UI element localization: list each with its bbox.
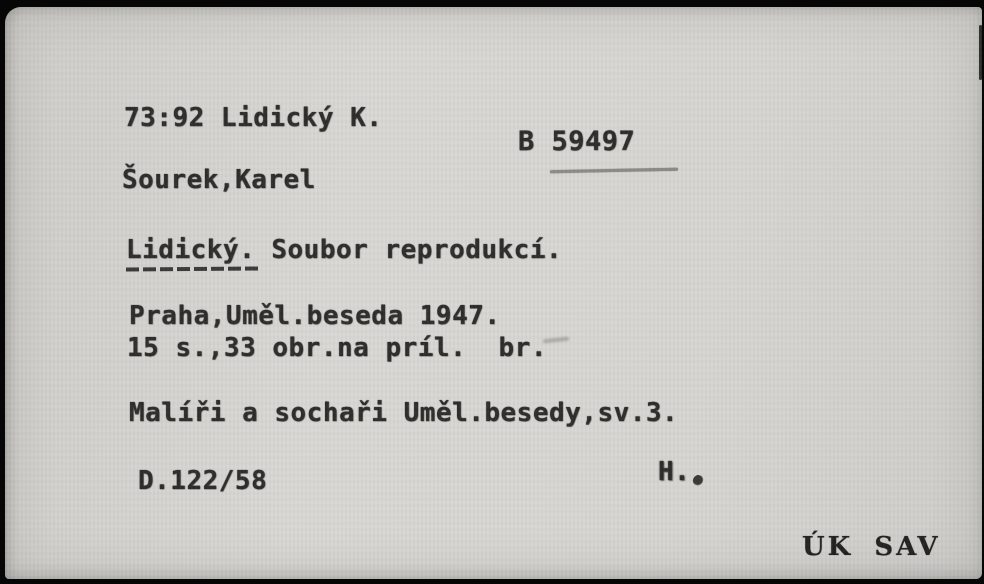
catalog-card-paper: 73:92 Lidický K. B 59497 Šourek,Karel Li…: [5, 7, 982, 579]
series-note-line: Malíři a sochaři Uměl.besedy,sv.3.: [129, 398, 678, 428]
library-stamp: ÚK SAV: [802, 532, 941, 562]
ink-blot: [691, 474, 704, 488]
letter-mark: H.: [658, 457, 690, 487]
scan-edge-artifact: [979, 25, 982, 80]
imprint-line: Praha,Uměl.beseda 1947.: [129, 301, 501, 331]
title-line: Lidický. Soubor reprodukcí.: [126, 235, 562, 265]
call-number: 73:92 Lidický K.: [124, 103, 382, 133]
record-number: D.122/58: [138, 466, 267, 496]
scanned-catalog-card: 73:92 Lidický K. B 59497 Šourek,Karel Li…: [0, 0, 984, 584]
accession-number-underline: [550, 168, 678, 174]
title-dashed-underline: [126, 267, 258, 272]
accession-number: B 59497: [518, 126, 635, 157]
collation-line: 15 s.,33 obr.na príl. br.: [127, 333, 547, 363]
author-heading: Šourek,Karel: [122, 165, 316, 195]
